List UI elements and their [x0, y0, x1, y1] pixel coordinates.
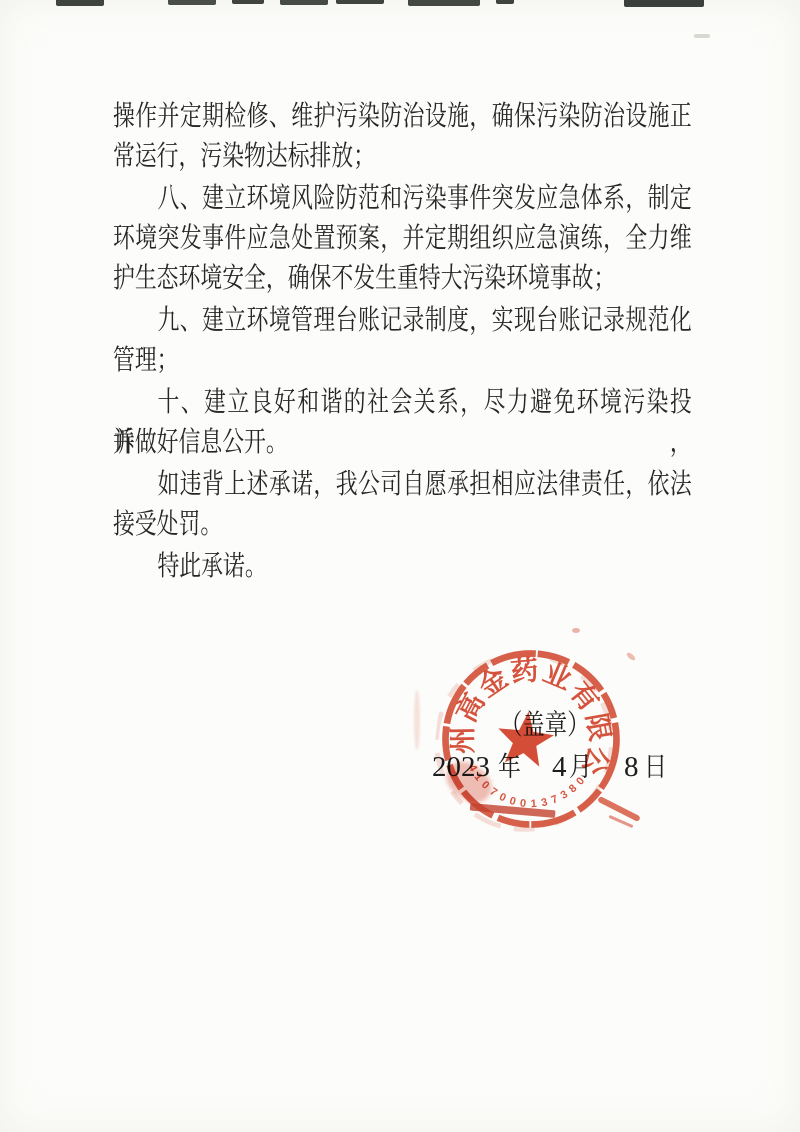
body-text-line: 接受处罚。 [113, 504, 692, 544]
date-day-unit: 日 [644, 749, 667, 785]
date-day: 8 [624, 749, 639, 785]
scan-artifact-strip [56, 0, 104, 6]
body-text-line: 护生态环境安全，确保不发生重特大污染环境事故； [113, 258, 692, 298]
date-month-unit: 月 [569, 749, 592, 785]
body-text: 操作并定期检修、维护污染防治设施，确保污染防治设施正 常运行，污染物达标排放； … [113, 96, 692, 586]
body-text-line: 特此承诺。 [113, 546, 692, 586]
stamp-placeholder-label: （盖章） [500, 703, 590, 743]
date-year: 2023 [432, 749, 490, 785]
scan-artifact-strip [280, 0, 328, 5]
scan-artifact-strip [408, 0, 480, 6]
red-ink-smudge [572, 628, 580, 633]
red-ink-smudge [414, 690, 420, 750]
body-text-line: 操作并定期检修、维护污染防治设施，确保污染防治设施正 [113, 96, 692, 136]
scan-artifact-dot [694, 34, 710, 38]
body-text-line: 常运行，污染物达标排放； [113, 136, 692, 176]
scan-artifact-strip [496, 0, 514, 4]
signature-date: 2023 年 4 月 8 日 [432, 749, 692, 785]
body-text-line: 九、建立环境管理台账记录制度，实现台账记录规范化 [113, 300, 692, 340]
body-text-line: 如违背上述承诺，我公司自愿承担相应法律责任，依法 [113, 464, 692, 504]
body-text-line: 八、建立环境风险防范和污染事件突发应急体系，制定 [113, 178, 692, 218]
scan-artifact-strip [168, 0, 216, 5]
body-text-line: 十、建立良好和谐的社会关系，尽力避免环境污染投诉， [113, 382, 692, 422]
document-page: 操作并定期检修、维护污染防治设施，确保污染防治设施正 常运行，污染物达标排放； … [0, 0, 800, 1132]
scan-artifact-strip [232, 0, 264, 4]
body-text-line: 环境突发事件应急处置预案，并定期组织应急演练，全力维 [113, 218, 692, 258]
scan-artifact-strip [624, 0, 704, 7]
date-month: 4 [552, 749, 567, 785]
scan-artifact-strip [336, 0, 384, 4]
body-text-line: 管理； [113, 340, 692, 380]
date-year-unit: 年 [498, 749, 521, 785]
